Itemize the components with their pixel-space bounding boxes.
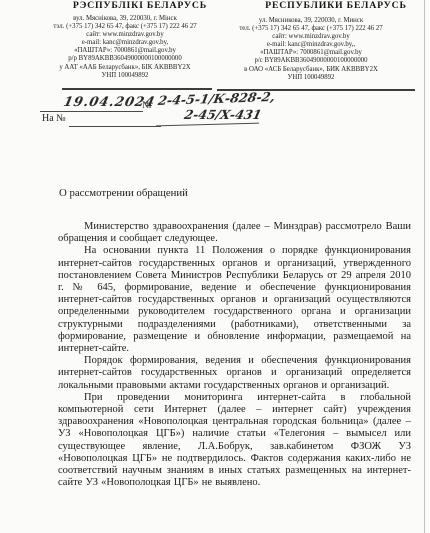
header-address-left: вул. Мяснікова, 39, 220030, г. Мінсктэл.… — [28, 15, 222, 80]
address-line: УНП 100049892 — [219, 74, 403, 82]
reply-underline — [69, 126, 161, 127]
date-underline — [40, 111, 143, 112]
paragraph: На основании пункта 11 Положения о поряд… — [58, 245, 411, 355]
letter-page: РЭСПУБЛІКІ БЕЛАРУСЬ РЕСПУБЛИКИ БЕЛАРУСЬ … — [0, 0, 430, 533]
address-line: р/с BY89AKBB36049000000100000000 — [219, 57, 403, 65]
reply-to-label: На № — [42, 113, 66, 124]
number-underline — [156, 123, 259, 127]
subject-line: О рассмотрении обращений — [59, 187, 188, 199]
address-line: вул. Мяснікова, 39, 220030, г. Мінск — [28, 15, 222, 23]
address-line: e-mail: kanc@minzdrav.gov.by, — [28, 39, 222, 47]
address-line: в ОАО «АСБ Беларусбанк», БИК AKBBBY2X — [219, 66, 403, 74]
address-line: e-mail: kanc@minzdrav.gov.by,, — [219, 41, 403, 49]
address-line: ул. Мясникова, 39, 220030, г. Минск — [219, 17, 403, 25]
address-line: тэл. (+375 17) 342 65 47, факс (+375 17)… — [28, 23, 222, 31]
address-line: тел. (+375 17) 342 65 47, факс (+375 17)… — [219, 25, 403, 33]
handwritten-number-line2: 2-45/Х-431 — [183, 107, 263, 122]
header-address-right: ул. Мясникова, 39, 220030, г. Минсктел. … — [219, 17, 403, 82]
header-country-russian: РЕСПУБЛИКИ БЕЛАРУСЬ — [254, 0, 418, 11]
letter-body: Министерство здравоохранения (далее – Ми… — [58, 221, 411, 489]
address-line: р/р BY89AKBB36049000000100000000 — [28, 55, 222, 63]
number-label: № — [142, 100, 152, 111]
header-country-belarusian: РЭСПУБЛІКІ БЕЛАРУСЬ — [58, 0, 222, 11]
address-line: «ПАШТАР»: 7000861@mail.gov.by — [219, 49, 403, 57]
handwritten-number-line1: 2-4-5-1/К-828-2, — [157, 89, 276, 108]
page-edge-line — [424, 0, 425, 533]
paragraph: При проведении мониторинга интернет-сайт… — [58, 392, 411, 490]
header-divider-left — [62, 88, 212, 90]
address-line: сайт: www.minzdrav.gov.by — [28, 31, 222, 39]
address-line: у ААТ «ААБ Беларусбанк», БІК AKBBBY2X — [28, 64, 222, 72]
address-line: сайт: www.minzdrav.gov.by — [219, 33, 403, 41]
address-line: «ПАШТАР»: 7000861@mail.gov.by — [28, 47, 222, 55]
paragraph: Министерство здравоохранения (далее – Ми… — [58, 221, 411, 245]
address-line: УНП 100049892 — [28, 72, 222, 80]
paragraph: Порядок формирования, ведения и обеспече… — [58, 355, 411, 392]
